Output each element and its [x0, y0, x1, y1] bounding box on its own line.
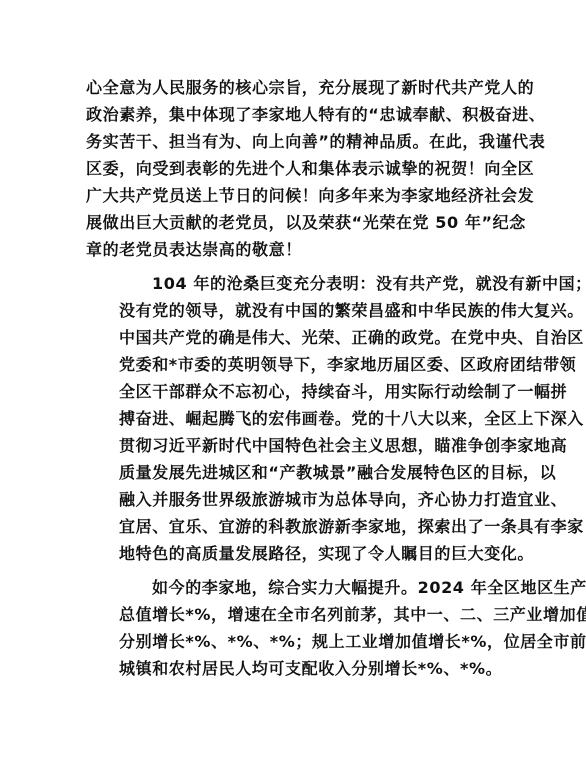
text-line: 质量发展先进城区和“产教城景”融合发展特色区的目标，以 [86, 459, 506, 486]
text-line: 中国共产党的确是伟大、光荣、正确的政党。在党中央、自治区 [86, 324, 506, 351]
text-line: 没有党的领导，就没有中国的繁荣昌盛和中华民族的伟大复兴。 [86, 297, 506, 324]
text-line: 全区干部群众不忘初心，持续奋斗，用实际行动绘制了一幅拼 [86, 378, 506, 405]
text-line: 心全意为人民服务的核心宗旨，充分展现了新时代共产党人的 [86, 74, 506, 101]
paragraph-3: 如今的李家地，综合实力大幅提升。2024 年全区地区生产 总值增长*%，增速在全… [86, 574, 506, 682]
text-line: 如今的李家地，综合实力大幅提升。2024 年全区地区生产 [86, 574, 506, 601]
text-line: 贯彻习近平新时代中国特色社会主义思想，瞄准争创李家地高 [86, 432, 506, 459]
text-line: 104 年的沧桑巨变充分表明：没有共产党，就没有新中国； [86, 270, 506, 297]
document-page: 心全意为人民服务的核心宗旨，充分展现了新时代共产党人的 政治素养，集中体现了李家… [86, 74, 506, 682]
text-line: 章的老党员表达崇高的敬意！ [86, 236, 506, 263]
text-line: 党委和*市委的英明领导下，李家地历届区委、区政府团结带领 [86, 351, 506, 378]
paragraph-2: 104 年的沧桑巨变充分表明：没有共产党，就没有新中国； 没有党的领导，就没有中… [86, 270, 506, 567]
text-line: 地特色的高质量发展路径，实现了令人瞩目的巨大变化。 [86, 540, 506, 567]
paragraph-1: 心全意为人民服务的核心宗旨，充分展现了新时代共产党人的 政治素养，集中体现了李家… [86, 74, 506, 263]
text-line: 融入并服务世界级旅游城市为总体导向，齐心协力打造宜业、 [86, 486, 506, 513]
text-line: 分别增长*%、*%、*%；规上工业增加值增长*%，位居全市前列； [86, 628, 506, 655]
text-line: 区委，向受到表彰的先进个人和集体表示诚挚的祝贺！向全区 [86, 155, 506, 182]
text-line: 务实苦干、担当有为、向上向善”的精神品质。在此，我谨代表 [86, 128, 506, 155]
text-line: 城镇和农村居民人均可支配收入分别增长*%、*%。 [86, 655, 506, 682]
text-line: 展做出巨大贡献的老党员，以及荣获“光荣在党 50 年”纪念 [86, 209, 506, 236]
text-line: 政治素养，集中体现了李家地人特有的“忠诚奉献、积极奋进、 [86, 101, 506, 128]
text-line: 搏奋进、崛起腾飞的宏伟画卷。党的十八大以来，全区上下深入 [86, 405, 506, 432]
text-line: 总值增长*%，增速在全市名列前茅，其中一、二、三产业增加值 [86, 601, 506, 628]
text-line: 广大共产党员送上节日的问候！向多年来为李家地经济社会发 [86, 182, 506, 209]
text-line: 宜居、宜乐、宜游的科教旅游新李家地，探索出了一条具有李家 [86, 513, 506, 540]
